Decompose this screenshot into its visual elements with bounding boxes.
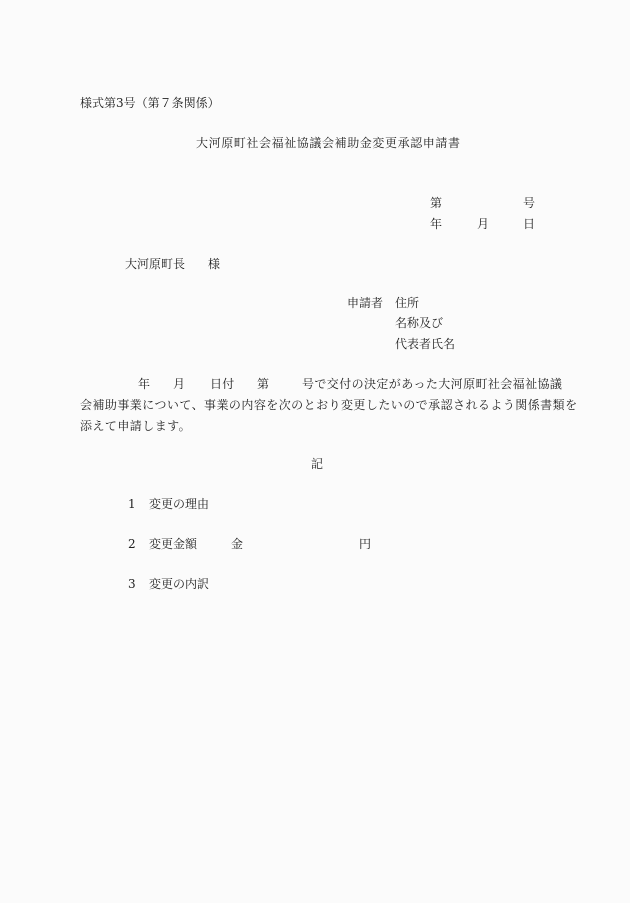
item-3-label: 変更の内訳	[149, 578, 209, 590]
reference-number-prefix: 第	[430, 197, 442, 209]
note-heading: 記	[311, 458, 323, 470]
applicant-organization-label: 名称及び	[395, 317, 443, 329]
item-1-label: 変更の理由	[149, 498, 209, 510]
form-number: 様式第3号（第７条関係）	[80, 97, 220, 109]
applicant-address-label: 住所	[395, 297, 419, 309]
item-3-number: 3	[128, 578, 136, 590]
item-2-amount-prefix: 金	[231, 538, 243, 550]
body-line-1-rest: 号で交付の決定があった大河原町社会福祉協議	[302, 378, 562, 390]
body-year-label: 年	[138, 378, 150, 390]
date-day-label: 日	[523, 218, 535, 230]
body-day-dated-label: 日付	[210, 378, 234, 390]
body-month-label: 月	[173, 378, 185, 390]
applicant-label: 申請者	[347, 297, 383, 309]
item-2-label: 変更金額	[149, 538, 197, 550]
addressee-honorific: 様	[208, 258, 220, 270]
applicant-representative-label: 代表者氏名	[395, 338, 455, 350]
date-month-label: 月	[477, 218, 489, 230]
body-line-2: 会補助事業について、事業の内容を次のとおり変更したいので承認されるよう関係書類を	[80, 399, 578, 411]
item-2-number: 2	[128, 538, 136, 550]
document-title: 大河原町社会福祉協議会補助金変更承認申請書	[196, 137, 461, 149]
item-1-number: 1	[128, 498, 136, 510]
reference-number-suffix: 号	[523, 197, 535, 209]
body-line-3: 添えて申請します。	[80, 420, 191, 432]
item-2-amount-unit: 円	[359, 538, 371, 550]
body-number-prefix: 第	[257, 378, 269, 390]
date-year-label: 年	[430, 218, 442, 230]
document-page: 様式第3号（第７条関係） 大河原町社会福祉協議会補助金変更承認申請書 第 号 年…	[0, 0, 630, 903]
addressee-name: 大河原町長	[125, 258, 185, 270]
